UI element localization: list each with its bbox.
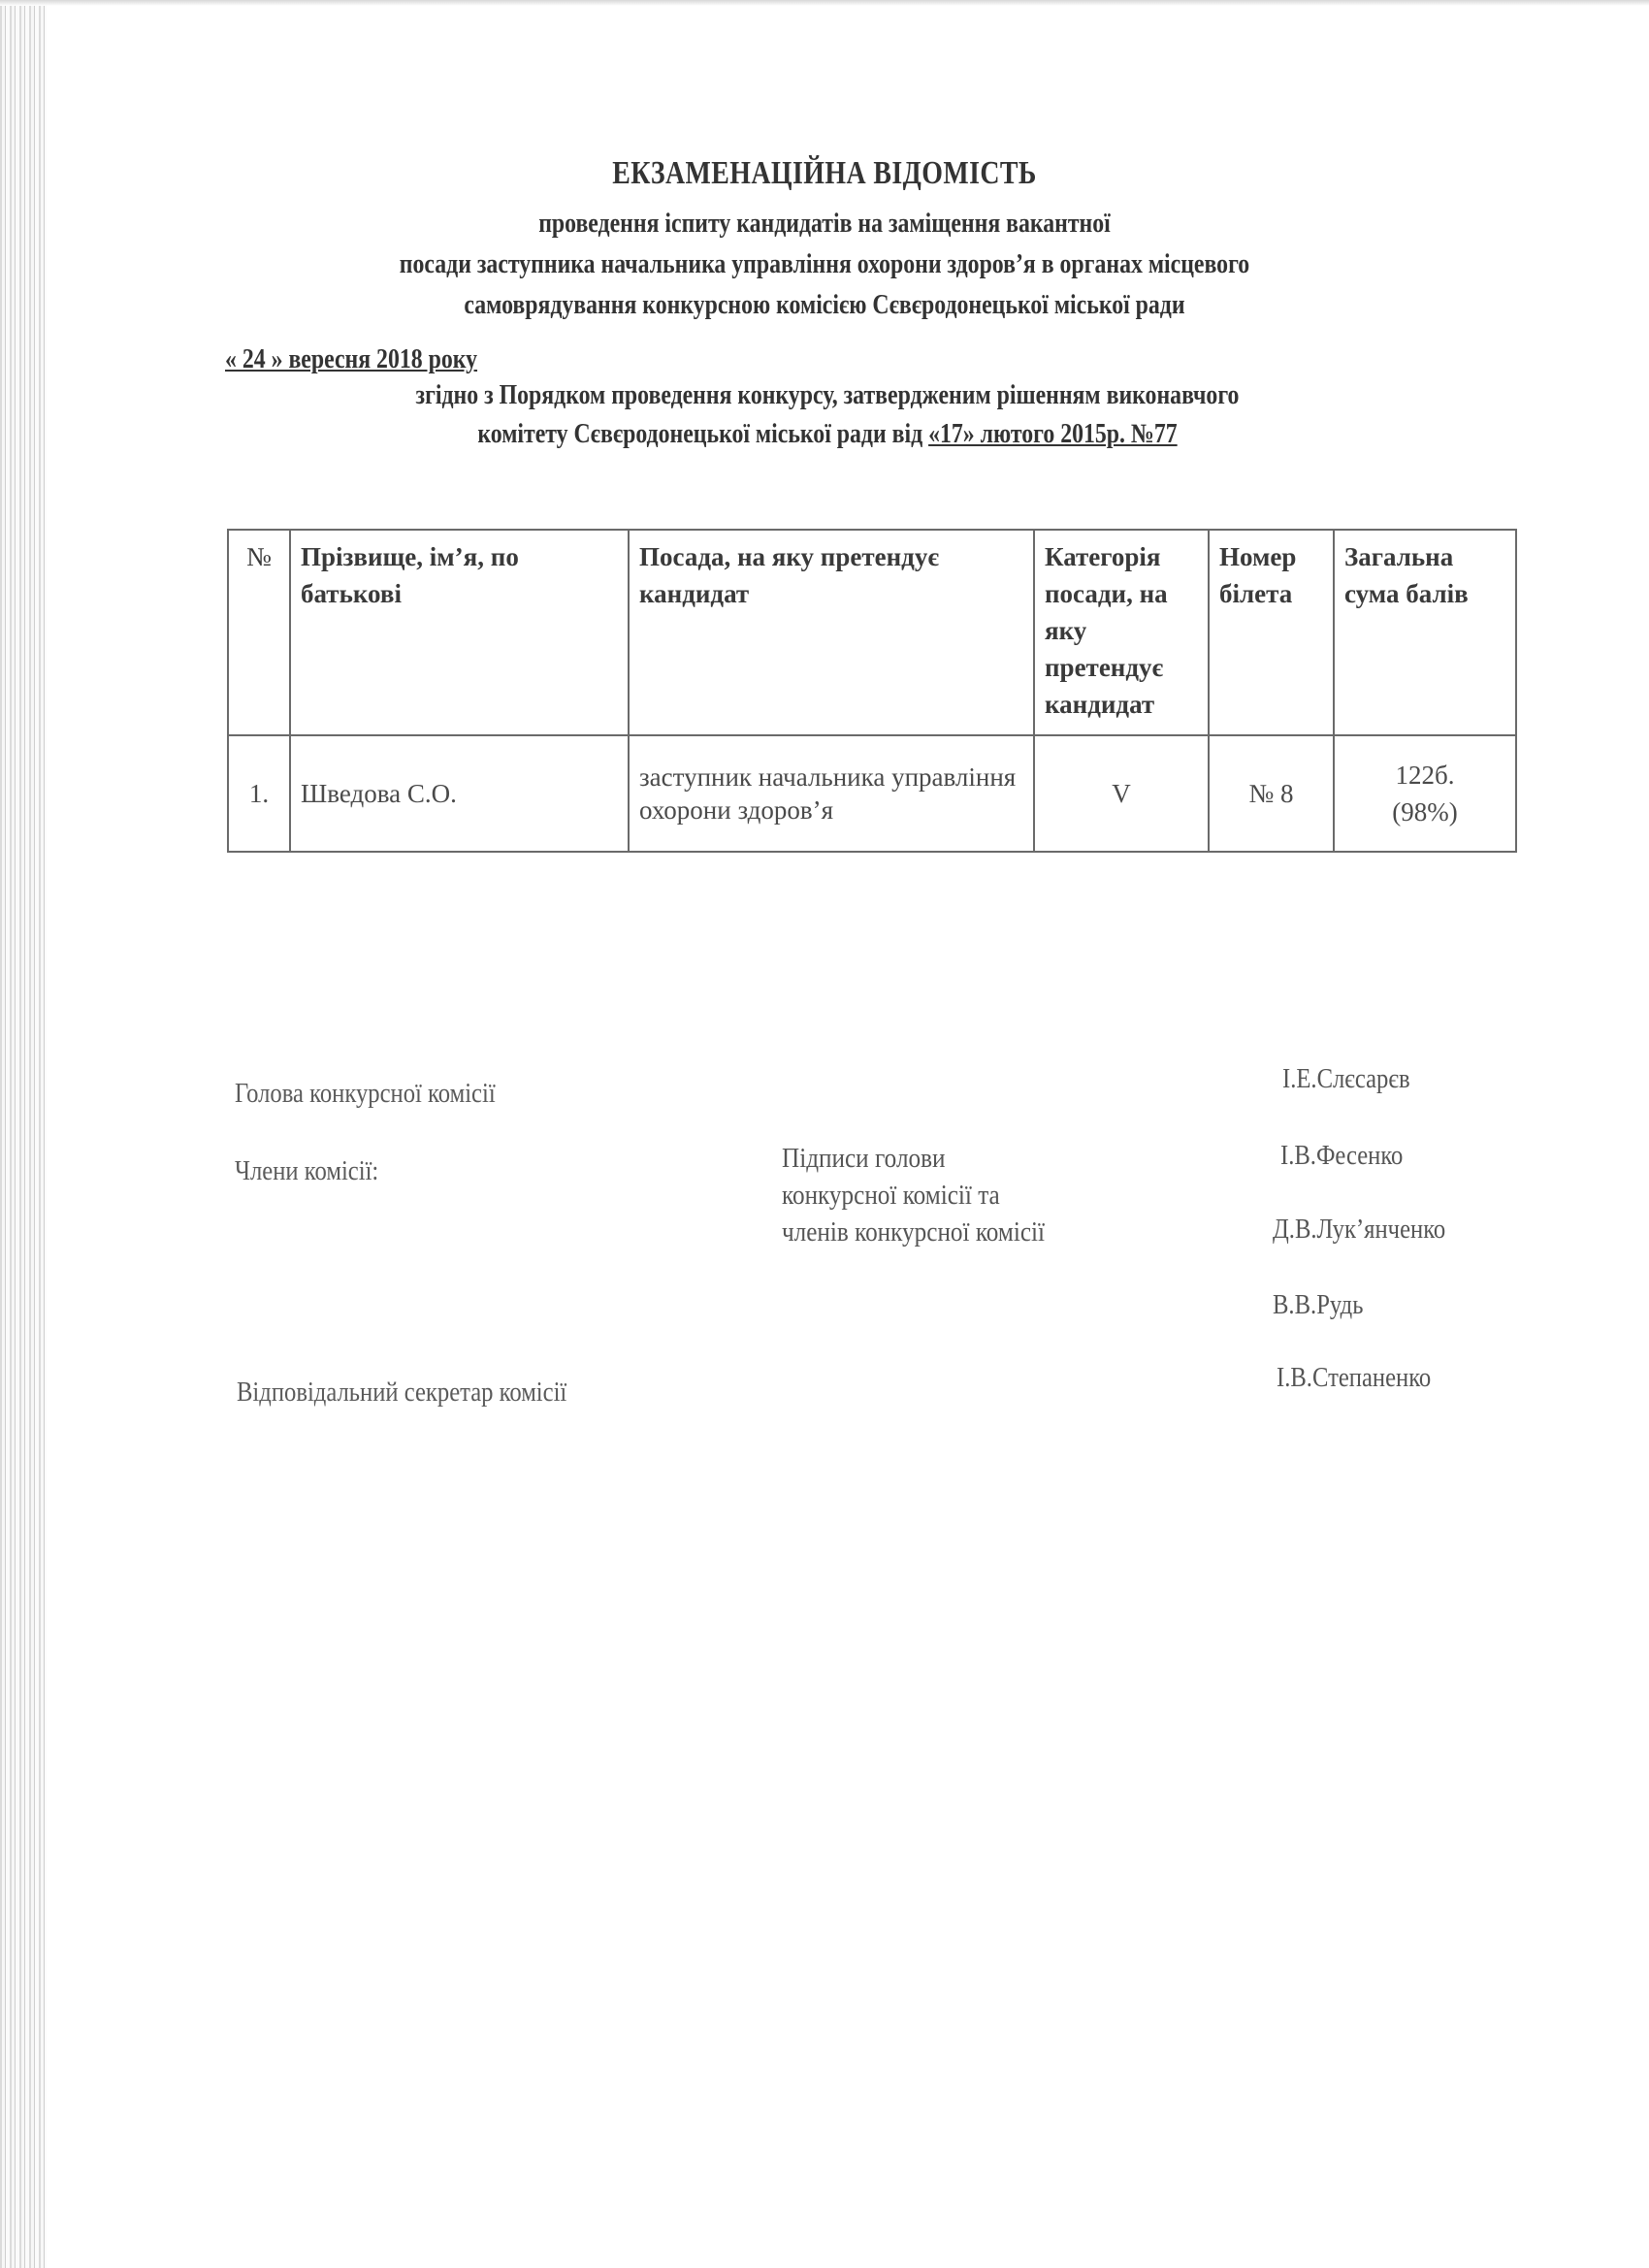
signature-note-line: членів конкурсної комісії [782,1215,1045,1251]
table-header-row: № Прізвище, ім’я, по батькові Посада, на… [228,530,1516,735]
cell-category: V [1034,735,1209,852]
members-label: Члени комісії: [235,1156,378,1187]
subtitle-line: посади заступника начальника управління … [124,244,1526,285]
header-ticket: Номер білета [1209,530,1334,735]
basis-line: згідно з Порядком проведення конкурсу, з… [127,376,1529,415]
signature-note-line: Підписи голови [782,1141,1045,1178]
secretary-label: Відповідальний секретар комісії [237,1377,566,1409]
results-table: № Прізвище, ім’я, по батькові Посада, на… [227,529,1517,853]
header-full-name: Прізвище, ім’я, по батькові [290,530,629,735]
cell-number: 1. [228,735,290,852]
table-row: 1. Шведова С.О. заступник начальника упр… [228,735,1516,852]
scan-top-artifact [0,0,1649,6]
decision-reference: «17» лютого 2015р. №77 [928,419,1178,449]
score-points: 122б. [1344,757,1505,794]
header-number: № [228,530,290,735]
subtitle-line: проведення іспиту кандидатів на заміщенн… [124,204,1526,244]
score-percent: (98%) [1344,794,1505,830]
signatory-name: Д.В.Лук’янченко [1273,1215,1445,1246]
document-title: ЕКЗАМЕНАЦІЙНА ВІДОМІСТЬ [148,155,1501,192]
signature-note: Підписи голови конкурсної комісії та чле… [782,1141,1045,1251]
cell-position: заступник начальника управління охорони … [629,735,1034,852]
basis-line: комітету Сєвєродонецької міської ради ві… [127,415,1529,454]
basis-text: комітету Сєвєродонецької міської ради ві… [477,419,928,449]
signatory-name: І.Е.Слєсарєв [1282,1064,1410,1095]
legal-basis: згідно з Порядком проведення конкурсу, з… [127,376,1529,454]
header-category: Категорія посади, на яку претендує канди… [1034,530,1209,735]
cell-full-name: Шведова С.О. [290,735,629,852]
signatory-name: І.В.Фесенко [1280,1141,1403,1172]
scan-edge-artifact [0,0,47,2268]
chair-label: Голова конкурсної комісії [235,1079,496,1110]
signature-note-line: конкурсної комісії та [782,1178,1045,1215]
cell-total-score: 122б. (98%) [1334,735,1516,852]
exam-date: « 24 » вересня 2018 року [225,344,477,375]
header-position: Посада, на яку претендує кандидат [629,530,1034,735]
signatory-name: І.В.Степаненко [1277,1363,1431,1394]
header-total-score: Загальна сума балів [1334,530,1516,735]
subtitle-line: самоврядування конкурсною комісією Сєвєр… [124,285,1526,326]
signatory-name: В.В.Рудь [1273,1290,1363,1321]
document-subtitle: проведення іспиту кандидатів на заміщенн… [124,204,1526,326]
cell-ticket: № 8 [1209,735,1334,852]
